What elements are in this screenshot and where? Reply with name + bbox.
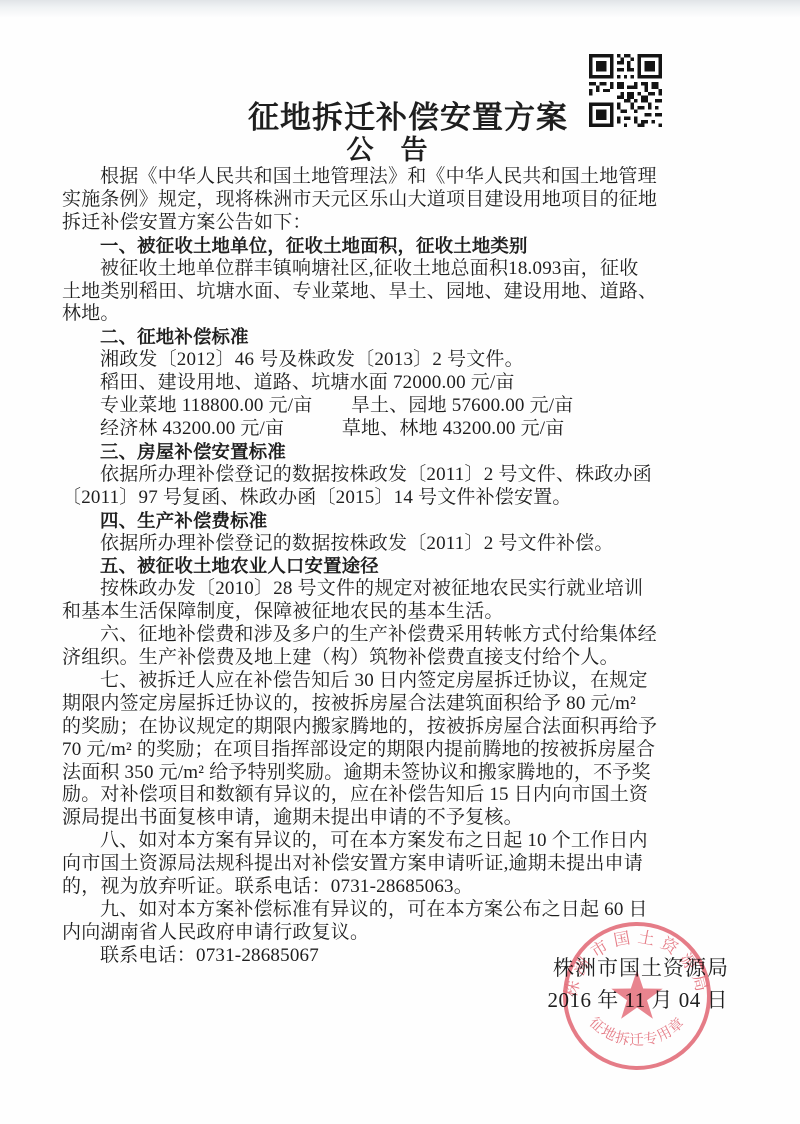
body-line: 和基本生活保障制度，保障被征地农民的基本生活。: [62, 601, 754, 624]
body-line: 八、如对本方案有异议的，可在本方案发布之日起 10 个工作日内: [62, 830, 754, 853]
body-line: 实施条例》规定，现将株洲市天元区乐山大道项目建设用地项目的征地: [62, 189, 754, 212]
body-line: 被征收土地单位群丰镇响塘社区,征收土地总面积18.093亩，征收: [62, 258, 754, 281]
svg-text:征地拆迁专用章: 征地拆迁专用章: [586, 1013, 688, 1049]
body-line: 法面积 350 元/m² 给予特别奖励。逾期未签协议和搬家腾地的，不予奖: [62, 762, 754, 785]
body-line: 〔2011〕97 号复函、株政办函〔2015〕14 号文件补偿安置。: [62, 487, 754, 510]
section-heading-5: 五、被征收土地农业人口安置途径: [62, 555, 754, 578]
body-line: 济组织。生产补偿费及地上建（构）筑物补偿费直接支付给个人。: [62, 647, 754, 670]
document-body: 根据《中华人民共和国土地管理法》和《中华人民共和国土地管理 实施条例》规定，现将…: [62, 166, 754, 968]
section-heading-3: 三、房屋补偿安置标准: [62, 441, 754, 464]
body-line: 依据所办理补偿登记的数据按株政发〔2011〕2 号文件、株政办函: [62, 464, 754, 487]
section-heading-2: 二、征地补偿标准: [62, 326, 754, 349]
body-line: 源局提出书面复核申请，逾期未提出申请的不予复核。: [62, 807, 754, 830]
body-line: 的奖励；在协议规定的期限内搬家腾地的，按被拆房屋合法面积再给予: [62, 716, 754, 739]
body-line: 的，视为放弃听证。联系电话：0731-28685063。: [62, 876, 754, 899]
body-line: 七、被拆迁人应在补偿告知后 30 日内签定房屋拆迁协议，在规定: [62, 670, 754, 693]
body-line: 湘政发〔2012〕46 号及株政发〔2013〕2 号文件。: [62, 349, 754, 372]
scanned-announcement-page: 征地拆迁补偿安置方案 公 告 根据《中华人民共和国土地管理法》和《中华人民共和国…: [0, 0, 800, 1124]
body-line: 土地类别稻田、坑塘水面、专业菜地、旱土、园地、建设用地、道路、: [62, 281, 754, 304]
body-line: 稻田、建设用地、道路、坑塘水面 72000.00 元/亩: [62, 372, 754, 395]
section-heading-4: 四、生产补偿费标准: [62, 510, 754, 533]
body-line: 向市国土资源局法规科提出对补偿安置方案申请听证,逾期未提出申请: [62, 853, 754, 876]
stamp-star-icon: [611, 970, 662, 1019]
document-subtitle: 公 告: [0, 128, 787, 167]
body-line: 林地。: [62, 303, 754, 326]
body-line: 励。对补偿项目和数额有异议的，应在补偿告知后 15 日内向市国土资: [62, 784, 754, 807]
section-heading-1: 一、被征收土地单位，征收土地面积，征收土地类别: [62, 235, 754, 258]
body-line: 70 元/m² 的奖励；在项目指挥部设定的期限内提前腾地的按被拆房屋合: [62, 739, 754, 762]
body-line: 六、征地补偿费和涉及多户的生产补偿费采用转帐方式付给集体经: [62, 624, 754, 647]
official-stamp: 株洲市国土资源局 征地拆迁专用章: [556, 915, 718, 1077]
body-line: 经济林 43200.00 元/亩 草地、林地 43200.00 元/亩: [62, 418, 754, 441]
body-line: 期限内签定房屋拆迁协议的，按被拆房屋合法建筑面积给予 80 元/m²: [62, 693, 754, 716]
body-line: 根据《中华人民共和国土地管理法》和《中华人民共和国土地管理: [62, 166, 754, 189]
body-line: 拆迁补偿安置方案公告如下：: [62, 212, 754, 235]
scan-edge-artifact: [0, 0, 800, 18]
body-line: 专业菜地 118800.00 元/亩 旱土、园地 57600.00 元/亩: [62, 395, 754, 418]
stamp-banner-text: 征地拆迁专用章: [586, 1013, 688, 1049]
body-line: 依据所办理补偿登记的数据按株政发〔2011〕2 号文件补偿。: [62, 533, 754, 556]
body-line: 按株政办发〔2010〕28 号文件的规定对被征地农民实行就业培训: [62, 578, 754, 601]
